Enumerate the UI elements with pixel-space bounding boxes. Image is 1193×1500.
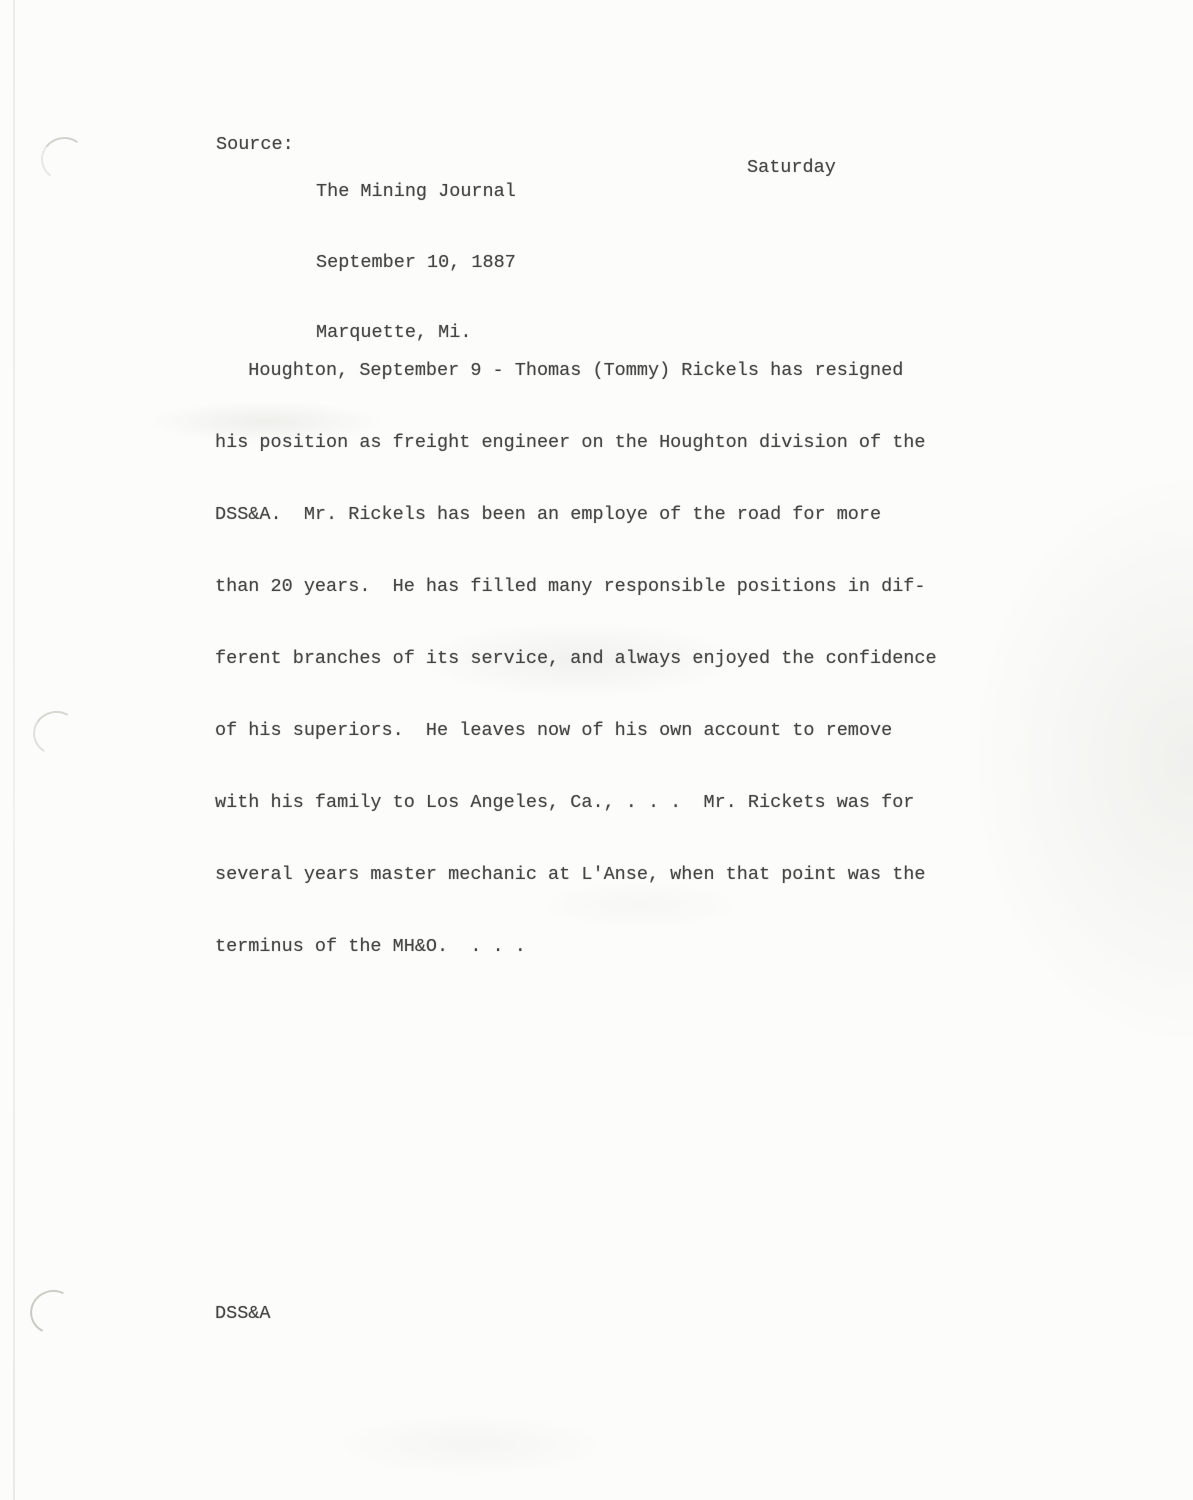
paper-left-edge [13,0,15,1500]
source-publication: The Mining Journal [316,180,516,204]
article-line: ferent branches of its service, and alwa… [215,647,937,671]
article-line: than 20 years. He has filled many respon… [215,575,937,599]
article-line: several years master mechanic at L'Anse,… [215,863,937,887]
article-line: his position as freight engineer on the … [215,431,937,455]
article-line: Houghton, September 9 - Thomas (Tommy) R… [215,359,937,383]
article-line: of his superiors. He leaves now of his o… [215,719,937,743]
article-line: with his family to Los Angeles, Ca., . .… [215,791,937,815]
source-date: September 10, 1887 [316,251,516,275]
source-label: Source: [216,133,294,157]
article-line: terminus of the MH&O. . . . [215,935,937,959]
footer-note: DSS&A [215,1302,271,1326]
weekday-label: Saturday [747,156,836,180]
punch-hole-mark-top [38,134,90,184]
scanned-document-page: Source: The Mining Journal September 10,… [0,0,1193,1500]
article-body: Houghton, September 9 - Thomas (Tommy) R… [215,311,937,1007]
punch-hole-mark-middle [28,706,83,760]
punch-hole-mark-bottom [24,1284,81,1340]
article-line: DSS&A. Mr. Rickels has been an employe o… [215,503,937,527]
